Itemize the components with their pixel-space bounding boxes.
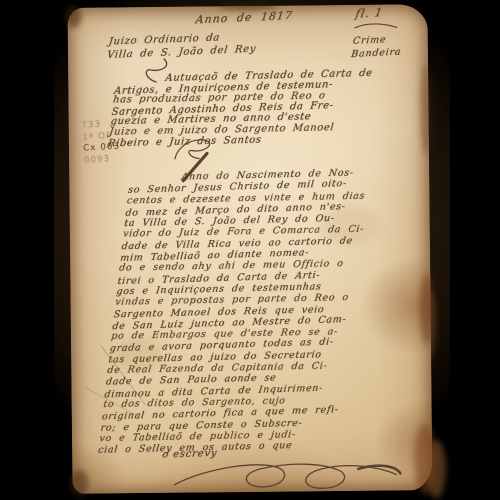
fold-crease (83, 343, 154, 422)
folio-number: fl. 1 (354, 5, 384, 21)
burn-mark (65, 6, 81, 28)
folio-underline-flourish (354, 20, 398, 30)
manuscript-photo: T331ª OFCx 0030093 Anno de 1817 fl. 1 Ju… (0, 0, 500, 500)
manuscript-line: Bandeira (350, 46, 402, 61)
manuscript-page: T331ª OFCx 0030093 Anno de 1817 fl. 1 Ju… (67, 4, 432, 494)
court-heading: Juizo Ordinario daVilla de S. João del R… (106, 30, 258, 62)
docket-notes: CrimeBandeira (350, 33, 403, 60)
burn-mark (70, 470, 88, 496)
manuscript-line: 0093 (84, 153, 122, 167)
opening-paragraph: Autuaçaõ de Traslado de Carta deArtigos,… (107, 69, 356, 149)
year-heading: Anno de 1817 (195, 9, 294, 27)
signature-flourish (170, 454, 404, 498)
